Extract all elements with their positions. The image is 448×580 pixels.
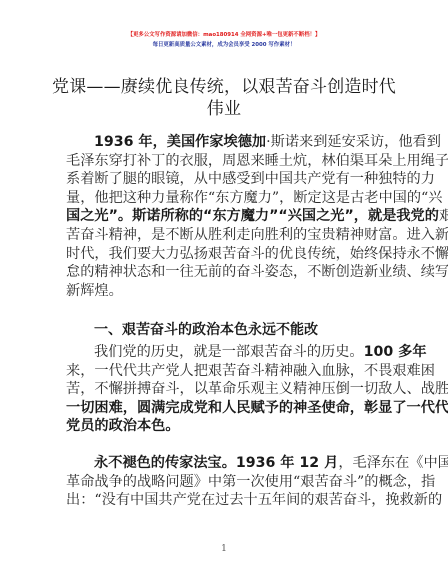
paragraph-1-line-1: 1936 年，美国作家埃德加·斯诺来到延安采访，他看到 [66, 133, 384, 152]
page-number: 1 [0, 544, 448, 554]
paragraph-2-line-1: 我们党的历史，就是一部艰苦奋斗的历史。100 多年 [66, 343, 384, 362]
bold-run: 永不褪色的传家法宝。1936 年 12 月 [94, 455, 338, 471]
paragraph-1-line-5: 国之光”。斯诺所称的“东方魔力”“兴国之光”，就是我党的艰 [66, 207, 384, 226]
paragraph-2-line-4: 一切困难，圆满完成党和人民赋予的神圣使命，彰显了一代代 [66, 399, 384, 418]
paragraph-3: 永不褪色的传家法宝。1936 年 12 月，毛泽东在《中国 革命战争的战略问题》… [66, 454, 384, 510]
paragraph-2: 我们党的历史，就是一部艰苦奋斗的历史。100 多年 来，一代代共产党人把艰苦奋斗… [66, 343, 384, 436]
text-run: 艰 [439, 208, 448, 224]
paragraph-2-line-2: 来，一代代共产党人把艰苦奋斗精神融入血脉，不畏艰难困 [66, 362, 384, 381]
document-title: 党课——赓续优良传统，以艰苦奋斗创造时代 伟业 [40, 76, 408, 120]
paragraph-1-line-7: 时代，我们要大力弘扬艰苦奋斗的优良传统，始终保持永不懈 [66, 245, 384, 264]
title-line1: 党课——赓续优良传统，以艰苦奋斗创造时代 [40, 76, 408, 98]
paragraph-1-line-9: 新辉煌。 [66, 282, 384, 301]
paragraph-1-line-4: 量，他把这种力量称作“东方魔力”，断定这是古老中国的“兴 [66, 189, 384, 208]
paragraph-1-line-6: 苦奋斗精神，是不断从胜利走向胜利的宝贵精神财富。进入新 [66, 226, 384, 245]
bold-run: 100 多年 [364, 344, 427, 360]
promo-banner-line2: 每日更新高质量公文素材，成为会员享受 2000 写作素材！ [0, 41, 448, 49]
bold-run: 1936 年，美国作家埃德加 [94, 134, 266, 150]
paragraph-3-line-3: 出：“没有中国共产党在过去十五年间的艰苦奋斗，挽救新的 [66, 491, 384, 510]
text-run: 我们党的历史，就是一部艰苦奋斗的历史。 [94, 344, 364, 360]
promo-banner-line1: 【更多公文写作资源请加微信：mao180914 全网资源+唯一包更新不断档！】 [0, 31, 448, 39]
text-run: ，毛泽东在《中国 [338, 455, 448, 471]
paragraph-1-line-2: 毛泽东穿打补丁的衣服，周恩来睡土炕，林伯渠耳朵上用绳子 [66, 152, 384, 171]
bold-run: 国之光”。斯诺所称的“东方魔力”“兴国之光”，就是我党的 [66, 208, 439, 224]
paragraph-3-line-1: 永不褪色的传家法宝。1936 年 12 月，毛泽东在《中国 [66, 454, 384, 473]
text-run: ·斯诺来到延安采访，他看到 [266, 134, 441, 150]
section-heading-1: 一、艰苦奋斗的政治本色永远不能改 [94, 321, 318, 339]
paragraph-2-line-5: 党员的政治本色。 [66, 417, 384, 436]
paragraph-3-line-2: 革命战争的战略问题》中第一次使用“艰苦奋斗”的概念，指 [66, 473, 384, 492]
paragraph-1-line-3: 系着断了腿的眼镜，从中感受到中国共产党有一种独特的力 [66, 170, 384, 189]
paragraph-2-line-3: 苦，不懈拼搏奋斗，以革命乐观主义精神压倒一切敌人、战胜 [66, 380, 384, 399]
paragraph-1: 1936 年，美国作家埃德加·斯诺来到延安采访，他看到 毛泽东穿打补丁的衣服，周… [66, 133, 384, 300]
title-line2: 伟业 [40, 98, 408, 120]
paragraph-1-line-8: 怠的精神状态和一往无前的奋斗姿态，不断创造新业绩、续写 [66, 263, 384, 282]
